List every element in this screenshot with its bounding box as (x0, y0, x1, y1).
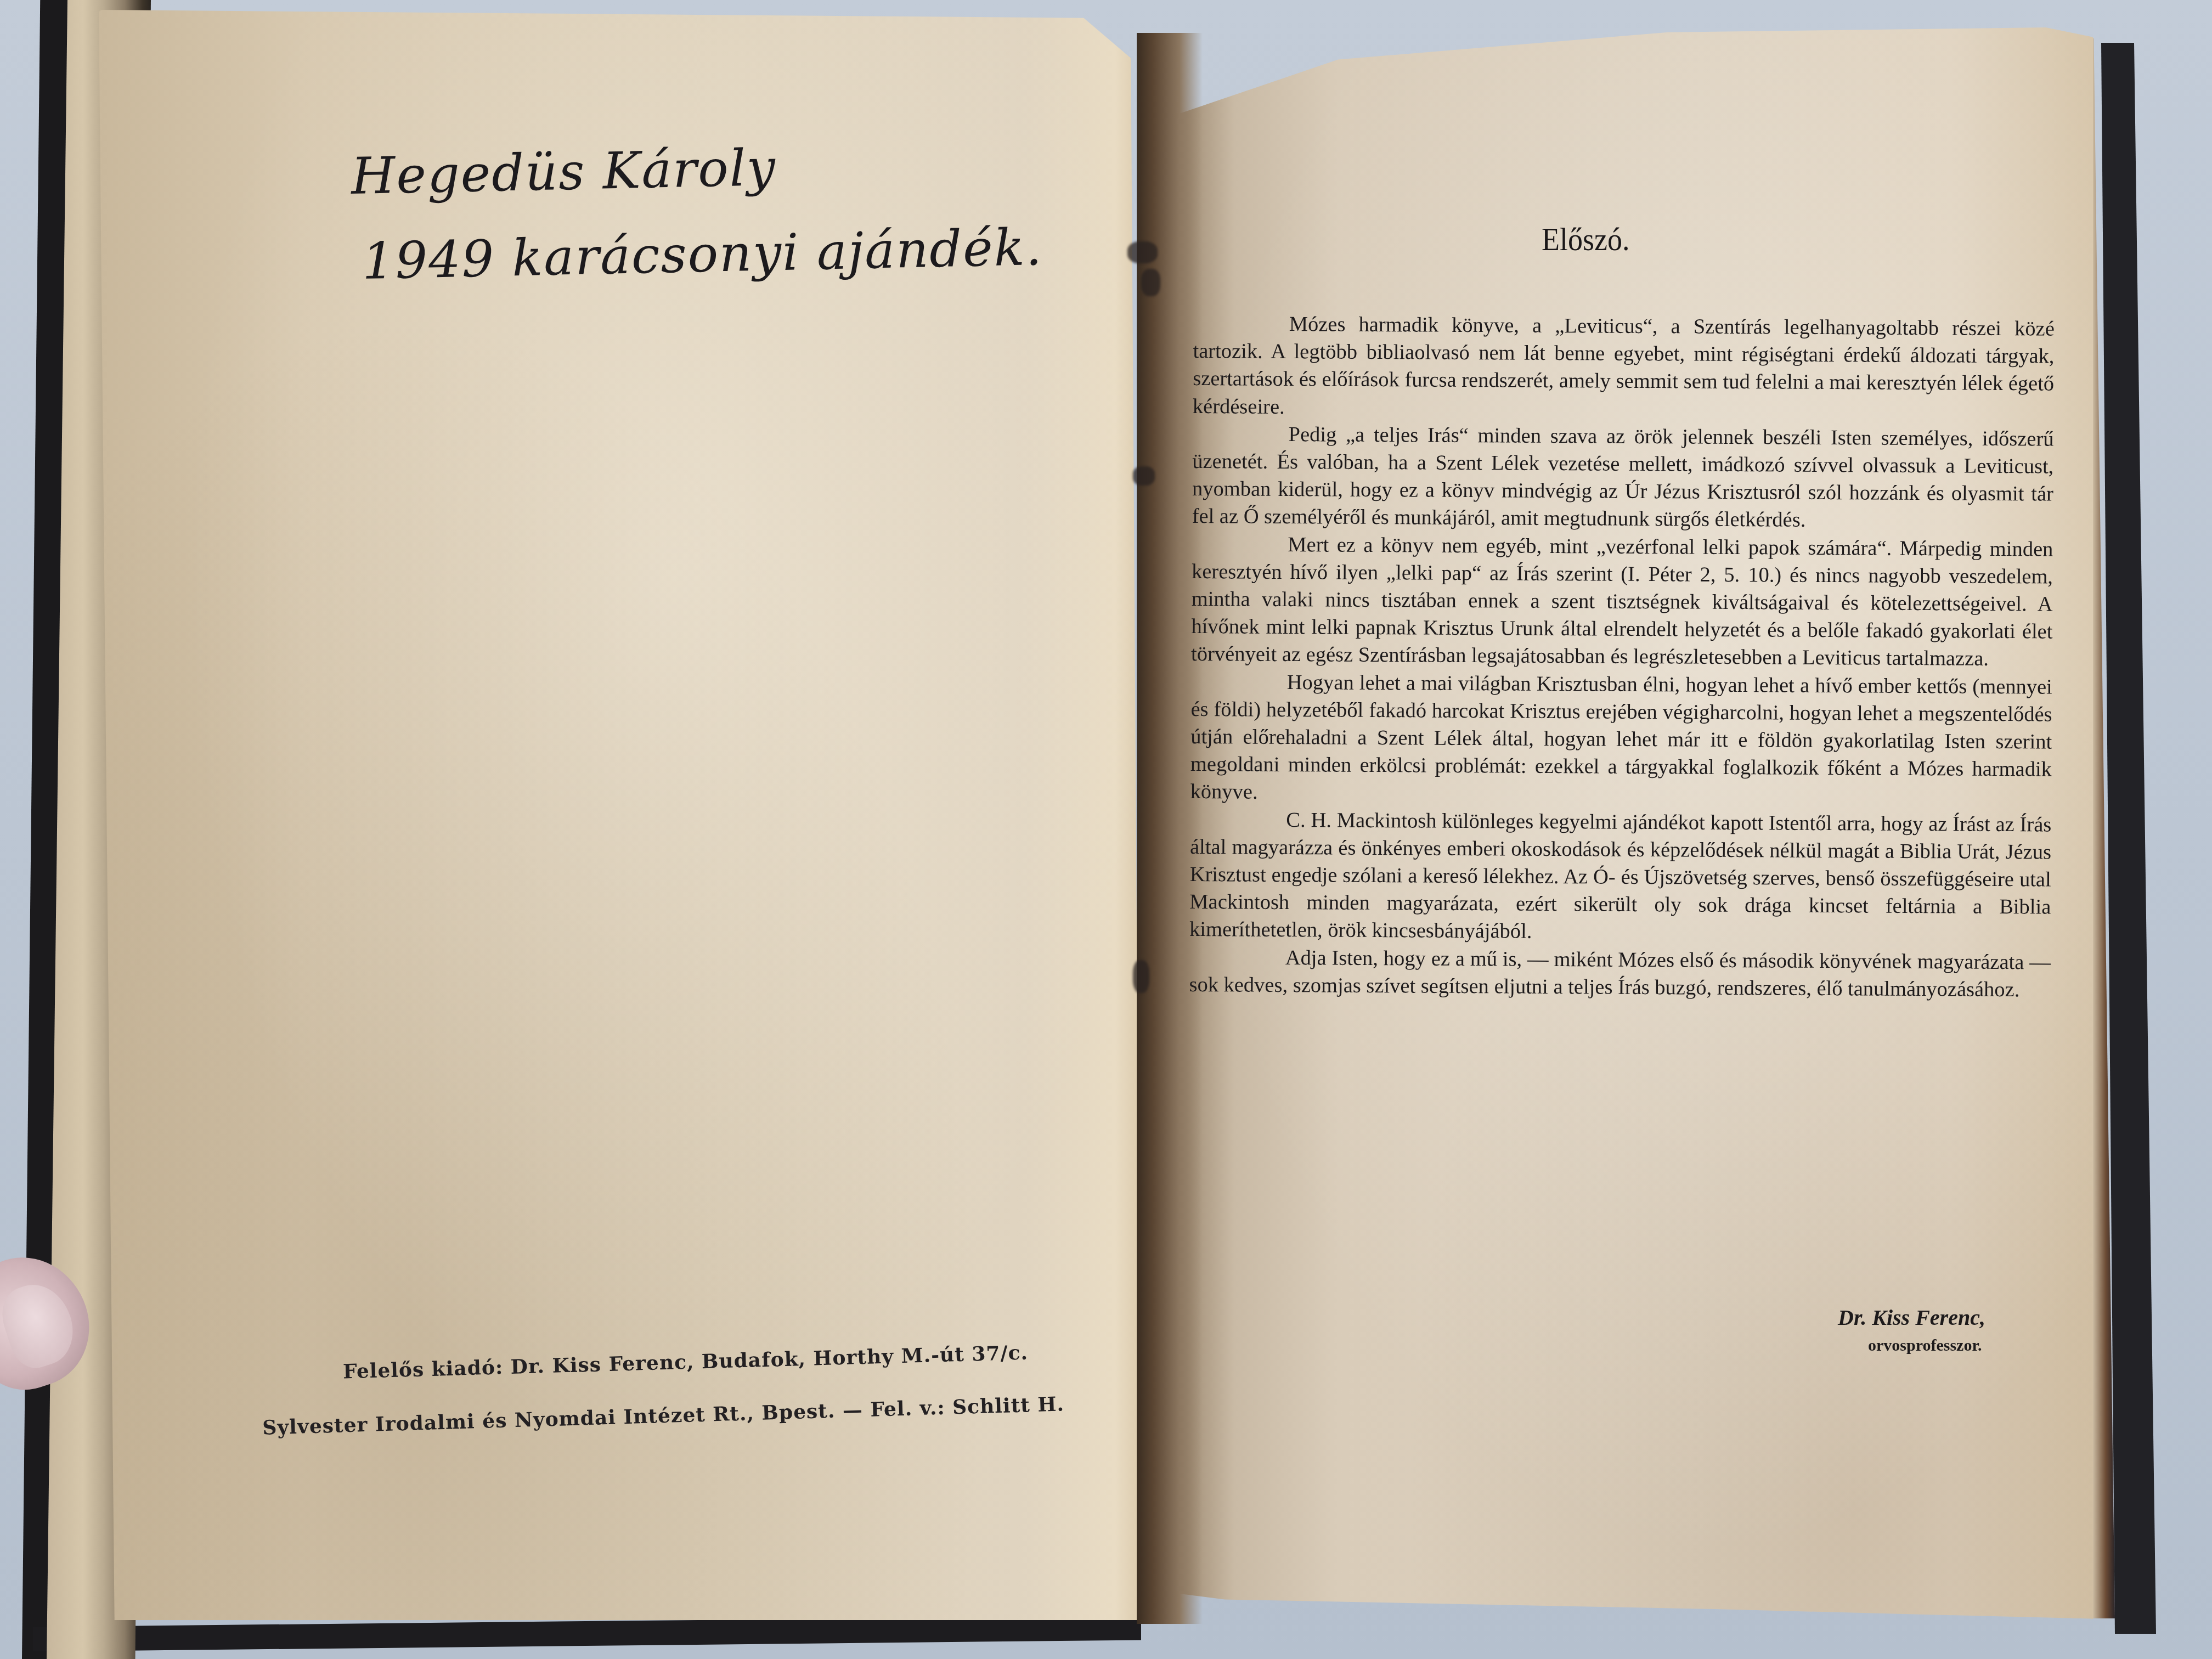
paragraph: Mert ez a könyv nem egyéb, mint „vezérfo… (1191, 531, 2053, 674)
page-title: Előszó. (1542, 221, 1629, 258)
paragraph: Hogyan lehet a mai világban Krisztusban … (1190, 668, 2052, 811)
book-cover-bottom-edge (33, 1615, 1141, 1651)
spine-stain (1133, 960, 1149, 993)
paragraph: C. H. Mackintosh különleges kegyelmi ajá… (1189, 806, 2052, 949)
spine-stain (1127, 241, 1158, 263)
photo-background: Hegedüs Károly 1949 karácsonyi ajándék. … (0, 0, 2212, 1659)
preface-body: Mózes harmadik könyve, a „Leviticus“, a … (1189, 310, 2055, 1004)
handwritten-owner-name: Hegedüs Károly (351, 138, 777, 206)
paragraph: Mózes harmadik könyve, a „Leviticus“, a … (1193, 310, 2055, 425)
spine-stain (1141, 269, 1160, 296)
author-title: orvosprofesszor. (1868, 1336, 1982, 1355)
paragraph: Pedig „a teljes Irás“ minden szava az ör… (1192, 420, 2054, 535)
paragraph: Adja Isten, hogy ez a mű is, — miként Mó… (1189, 944, 2051, 1004)
author-signature: Dr. Kiss Ferenc, (1838, 1305, 1985, 1330)
spine-stain (1133, 466, 1155, 486)
